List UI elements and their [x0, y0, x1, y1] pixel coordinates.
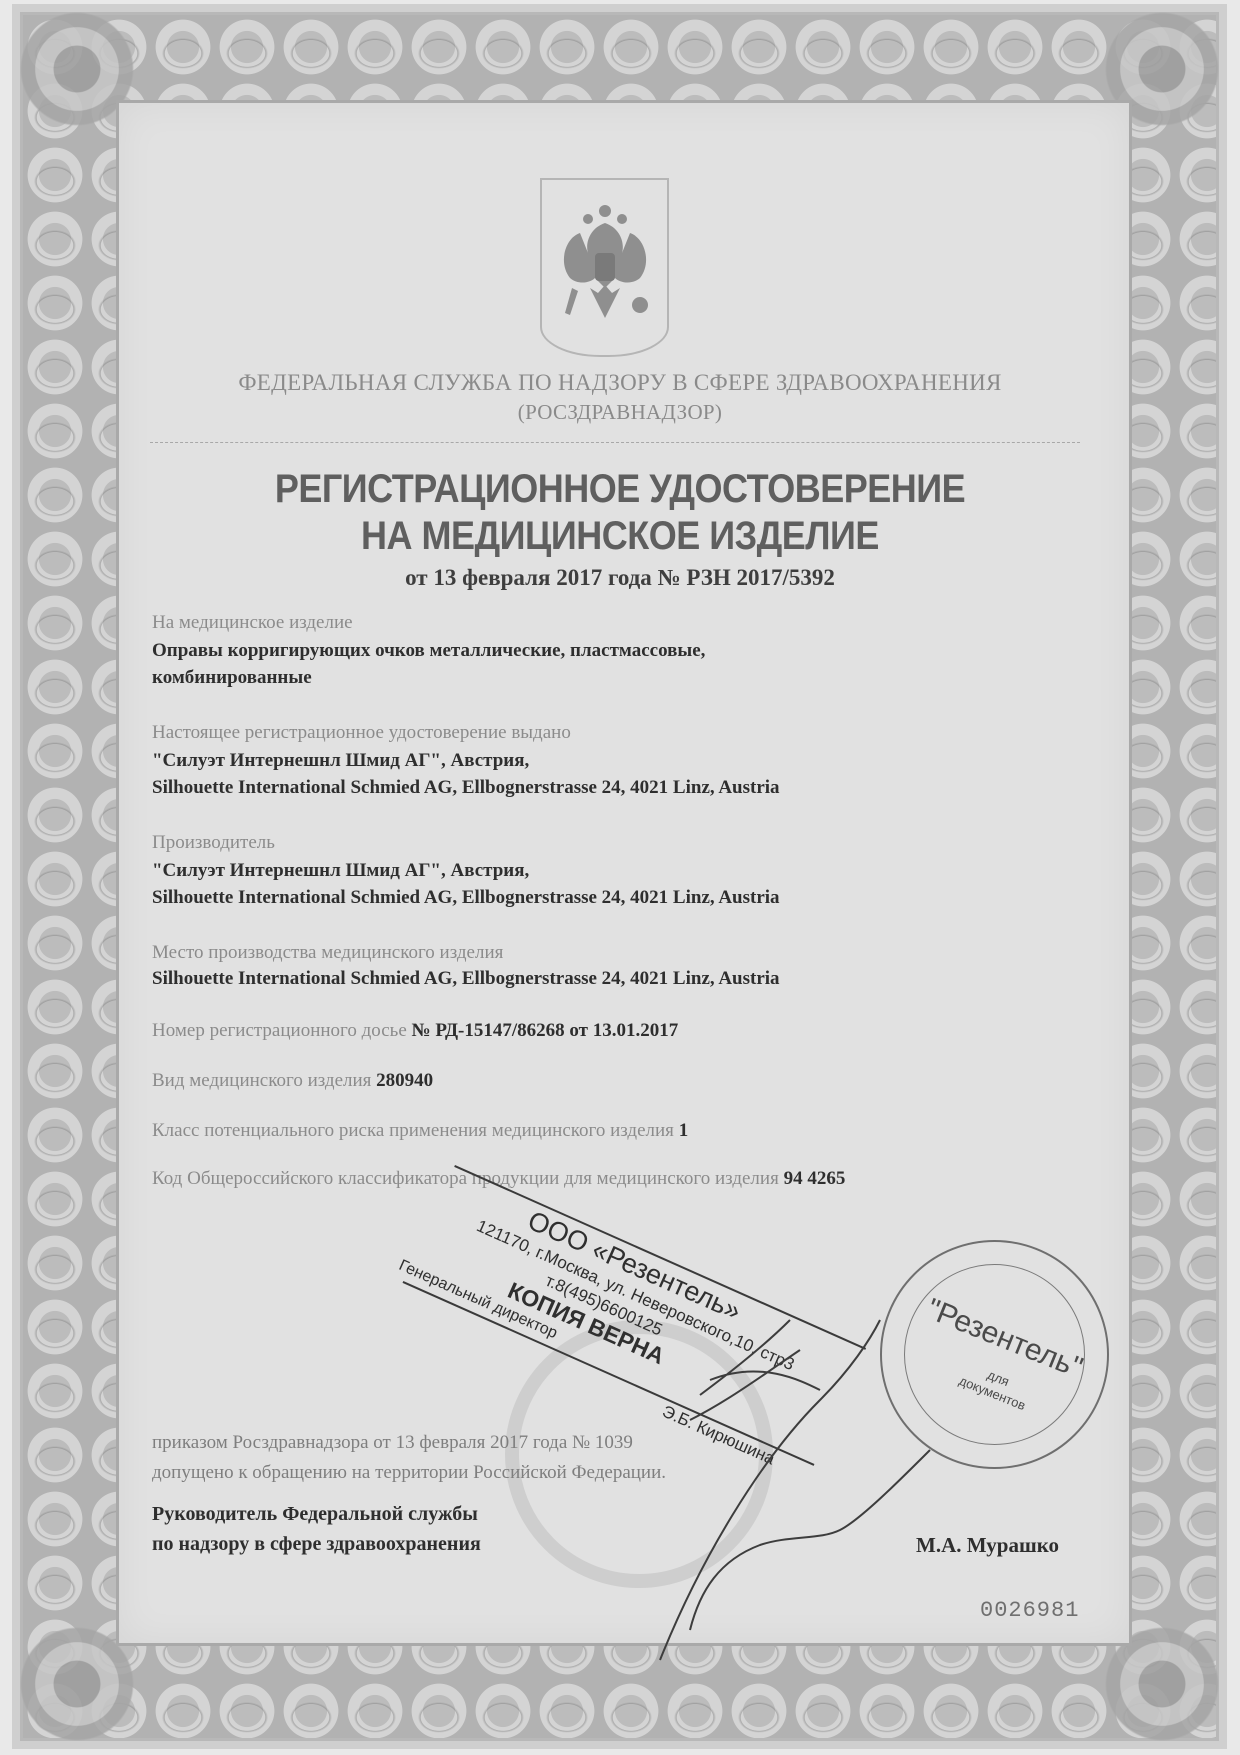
- circulation-permission: допущено к обращению на территории Росси…: [152, 1462, 666, 1484]
- device-type: Вид медицинского изделия 280940: [152, 1070, 433, 1092]
- manufacturer-label: Производитель: [152, 832, 275, 854]
- issued-to-label: Настоящее регистрационное удостоверение …: [152, 722, 571, 744]
- production-site-label: Место производства медицинского изделия: [152, 942, 503, 964]
- seal-company-name: "Резентель": [922, 1292, 1088, 1385]
- seal-subtitle: для документов: [957, 1358, 1034, 1414]
- signer-title: Руководитель Федеральной службы: [152, 1503, 478, 1526]
- risk-class-value: 1: [679, 1120, 689, 1141]
- dossier-number: Номер регистрационного досье № РД-15147/…: [152, 1020, 678, 1042]
- serial-number: 0026981: [980, 1598, 1079, 1623]
- document-title: РЕГИСТРАЦИОННОЕ УДОСТОВЕРЕНИЕ: [0, 466, 1240, 512]
- agency-abbreviation: (РОСЗДРАВНАДЗОР): [0, 400, 1240, 425]
- issued-to-address: Silhouette International Schmied AG, Ell…: [152, 777, 780, 799]
- divider: [150, 442, 1080, 443]
- device-type-value: 280940: [376, 1070, 433, 1091]
- order-reference: приказом Росздравнадзора от 13 февраля 2…: [152, 1432, 633, 1454]
- manufacturer-address: Silhouette International Schmied AG, Ell…: [152, 887, 780, 909]
- double-headed-eagle-icon: [550, 193, 660, 343]
- risk-class: Класс потенциального риска применения ме…: [152, 1120, 688, 1142]
- okp-code-value: 94 4265: [784, 1168, 846, 1189]
- document-title-line2: НА МЕДИЦИНСКОЕ ИЗДЕЛИЕ: [0, 513, 1240, 559]
- certificate-date-number: от 13 февраля 2017 года № РЗН 2017/5392: [0, 565, 1240, 591]
- coat-of-arms-icon: [540, 178, 669, 357]
- signer-name: М.А. Мурашко: [916, 1533, 1059, 1558]
- agency-name: ФЕДЕРАЛЬНАЯ СЛУЖБА ПО НАДЗОРУ В СФЕРЕ ЗД…: [0, 370, 1240, 396]
- signer-title-line2: по надзору в сфере здравоохранения: [152, 1533, 481, 1556]
- device-type-label: Вид медицинского изделия: [152, 1070, 371, 1091]
- issued-to-name: "Силуэт Интернешнл Шмид АГ", Австрия,: [152, 750, 529, 772]
- manufacturer-name: "Силуэт Интернешнл Шмид АГ", Австрия,: [152, 860, 529, 882]
- production-site-address: Silhouette International Schmied AG, Ell…: [152, 968, 780, 990]
- seal-subtitle-line1: для: [963, 1358, 1034, 1399]
- dossier-value: № РД-15147/86268 от 13.01.2017: [412, 1020, 679, 1041]
- device-name-line2: комбинированные: [152, 667, 312, 689]
- risk-class-label: Класс потенциального риска применения ме…: [152, 1120, 674, 1141]
- device-name: Оправы корригирующих очков металлические…: [152, 640, 705, 662]
- seal-subtitle-line2: документов: [957, 1373, 1028, 1414]
- device-label: На медицинское изделие: [152, 612, 353, 634]
- round-company-seal: "Резентель" для документов: [880, 1240, 1109, 1469]
- dossier-label: Номер регистрационного досье: [152, 1020, 407, 1041]
